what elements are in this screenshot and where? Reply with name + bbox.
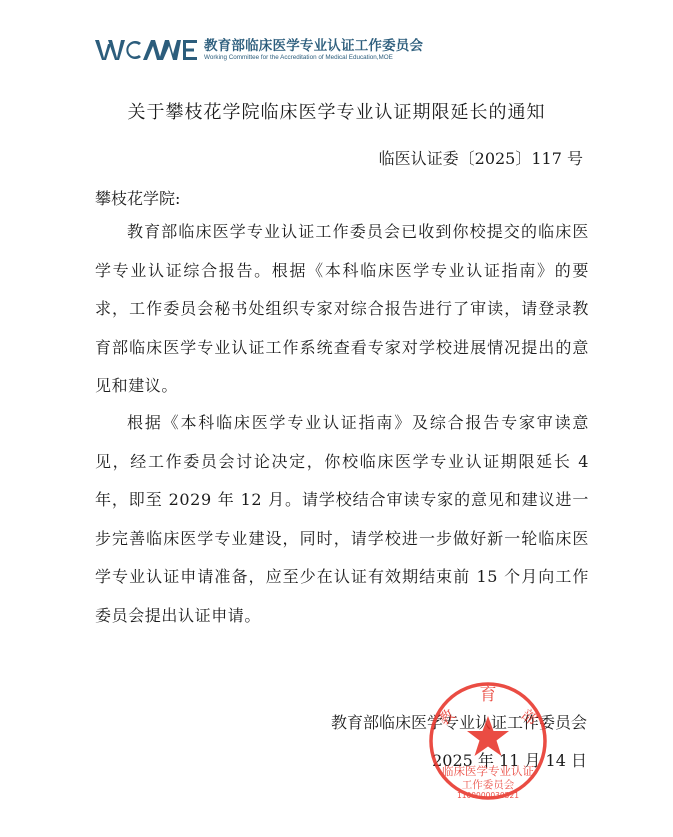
document-title: 关于攀枝花学院临床医学专业认证期限延长的通知 <box>0 98 673 124</box>
body-paragraph-2: 根据《本科临床医学专业认证指南》及综合报告专家审读意见，经工作委员会讨论决定，你… <box>95 404 589 635</box>
document-number: 临医认证委〔2025〕117 号 <box>379 146 583 169</box>
official-seal-icon: 育 教 部 临床医学专业认证 工作委员会 1100000030521 <box>428 676 548 806</box>
org-name-en: Working Committee for the Accreditation … <box>204 54 423 62</box>
seal-code: 1100000030521 <box>457 791 519 800</box>
svg-text:教: 教 <box>435 705 458 728</box>
seal-top-char: 育 <box>480 685 497 705</box>
seal-line-1: 临床医学专业认证 <box>442 764 534 778</box>
letterhead: 教育部临床医学专业认证工作委员会 Working Committee for t… <box>95 36 423 64</box>
wcame-logo-icon <box>95 38 200 62</box>
seal-line-2: 工作委员会 <box>462 778 515 791</box>
body-paragraph-1: 教育部临床医学专业认证工作委员会已收到你校提交的临床医学专业认证综合报告。根据《… <box>95 213 589 406</box>
salutation: 攀枝花学院: <box>95 186 180 209</box>
org-name-cn: 教育部临床医学专业认证工作委员会 <box>204 38 423 54</box>
svg-text:部: 部 <box>518 705 541 728</box>
